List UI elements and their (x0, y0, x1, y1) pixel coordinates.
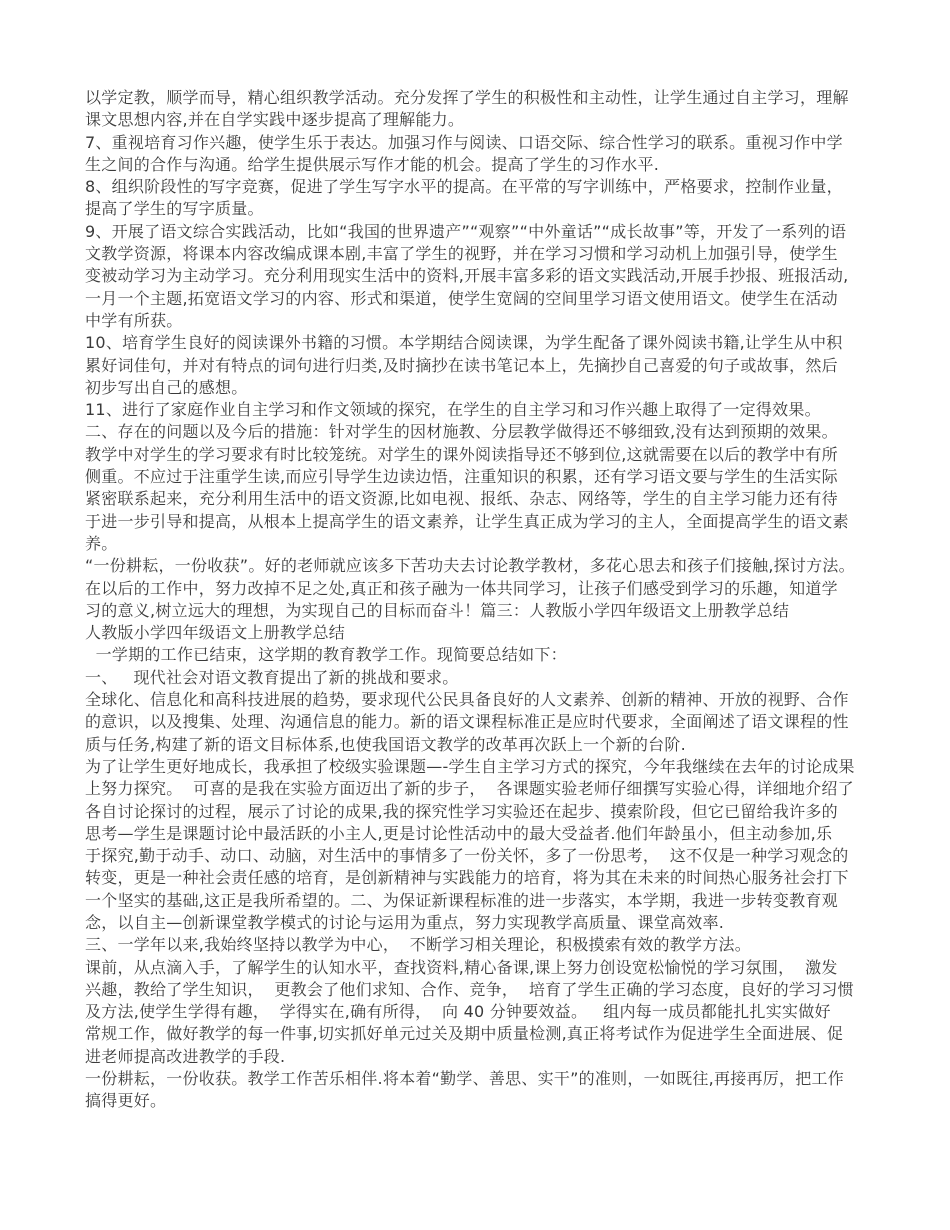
text-line: “一份耕耘，一份收获”。好的老师就应该多下苦功夫去讨论教学教材，多花心思去和孩子… (85, 555, 885, 577)
text-line: 课文思想内容,并在自学实践中逐步提高了理解能力。 (85, 109, 885, 131)
text-line: 念，以自主—创新课堂教学模式的讨论与运用为重点，努力实现教学高质量、课堂高效率. (85, 912, 885, 934)
text-line: 课前，从点滴入手，了解学生的认知水平，查找资料,精心备课,课上努力创设宽松愉悦的… (85, 957, 885, 979)
text-line: 一月一个主题,拓宽语文学习的内容、形式和渠道，使学生宽阔的空间里学习语文使用语文… (85, 288, 885, 310)
text-line: 教学中对学生的学习要求有时比较笼统。对学生的课外阅读指导还不够到位,这就需要在以… (85, 444, 885, 466)
text-line: 变被动学习为主动学习。充分利用现实生活中的资料,开展丰富多彩的语文实践活动,开展… (85, 265, 885, 287)
text-line: 紧密联系起来，充分利用生活中的语文资源,比如电视、报纸、杂志、网络等，学生的自主… (85, 488, 885, 510)
text-line: 兴趣，教给了学生知识， 更教会了他们求知、合作、竞争， 培育了学生正确的学习态度… (85, 979, 885, 1001)
text-line: 11、进行了家庭作业自主学习和作文领域的探究，在学生的自主学习和习作兴趣上取得了… (85, 399, 885, 421)
text-line: 文教学资源，将课本内容改编成课本剧,丰富了学生的视野，并在学习习惯和学习动机上加… (85, 243, 885, 265)
text-line: 提高了学生的写字质量。 (85, 198, 885, 220)
text-line: 为了让学生更好地成长，我承担了校级实验课题—-学生自主学习方式的探究，今年我继续… (85, 756, 885, 778)
text-line: 进老师提高改进教学的手段. (85, 1046, 885, 1068)
text-line: 质与任务,构建了新的语文目标体系,也使我国语文教学的改革再次跃上一个新的台阶. (85, 734, 885, 756)
text-line: 二、存在的问题以及今后的措施：针对学生的因材施教、分层教学做得还不够细致,没有达… (85, 421, 885, 443)
text-line: 侧重。不应过于注重学生读,而应引导学生边读边悟，注重知识的积累，还有学习语文要与… (85, 466, 885, 488)
text-line: 上努力探究。 可喜的是我在实验方面迈出了新的步子， 各课题实验老师仔细撰写实验心… (85, 778, 885, 800)
text-line: 常规工作，做好教学的每一件事,切实抓好单元过关及期中质量检测,真正将考试作为促进… (85, 1023, 885, 1045)
text-line: 以学定教，顺学而导，精心组织教学活动。充分发挥了学生的积极性和主动性，让学生通过… (85, 87, 885, 109)
text-line: 及方法,使学生学得有趣， 学得实在,确有所得， 向 40 分钟要效益。 组内每一… (85, 1001, 885, 1023)
text-line: 7、重视培育习作兴趣，使学生乐于表达。加强习作与阅读、口语交际、综合性学习的联系… (85, 132, 885, 154)
text-line: 9、开展了语文综合实践活动，比如“我国的世界遗产”“观察”“中外童话”“成长故事… (85, 221, 885, 243)
text-line: 三、一学年以来,我始终坚持以教学为中心， 不断学习相关理论，积极摸索有效的教学方… (85, 934, 885, 956)
text-line: 10、培育学生良好的阅读课外书籍的习惯。本学期结合阅读课，为学生配备了课外阅读书… (85, 332, 885, 354)
text-line: 于进一步引导和提高，从根本上提高学生的语文素养，让学生真正成为学习的主人，全面提… (85, 511, 885, 533)
text-line: 一个坚实的基础,这正是我所希望的。二、为保证新课程标准的进一步落实，本学期，我进… (85, 890, 885, 912)
document-text: 以学定教，顺学而导，精心组织教学活动。充分发挥了学生的积极性和主动性，让学生通过… (85, 87, 885, 1113)
text-line: 于探究,勤于动手、动口、动脑，对生活中的事情多了一份关怀，多了一份思考， 这不仅… (85, 845, 885, 867)
text-line: 搞得更好。 (85, 1090, 885, 1112)
text-line: 全球化、信息化和高科技进展的趋势，要求现代公民具备良好的人文素养、创新的精神、开… (85, 689, 885, 711)
text-line: 在以后的工作中，努力改掉不足之处,真正和孩子融为一体共同学习，让孩子们感受到学习… (85, 578, 885, 600)
text-line: 养。 (85, 533, 885, 555)
text-line: 各自讨论探讨的过程，展示了讨论的成果,我的探究性学习实验还在起步、摸索阶段，但它… (85, 801, 885, 823)
text-line: 8、组织阶段性的写字竞赛，促进了学生写字水平的提高。在平常的写字训练中，严格要求… (85, 176, 885, 198)
text-line: 习的意义,树立远大的理想，为实现自己的目标而奋斗！篇三：人教版小学四年级语文上册… (85, 600, 885, 622)
text-line: 中学有所获。 (85, 310, 885, 332)
text-line: 一份耕耘，一份收获。教学工作苦乐相伴.将本着“勤学、善思、实干”的准则，一如既往… (85, 1068, 885, 1090)
text-line: 一学期的工作已结束，这学期的教育教学工作。现简要总结如下： (85, 644, 885, 666)
text-line: 初步写出自己的感想。 (85, 377, 885, 399)
text-line: 转变，更是一种社会责任感的培育，是创新精神与实践能力的培育，将为其在未来的时间热… (85, 867, 885, 889)
text-line: 的意识，以及搜集、处理、沟通信息的能力。新的语文课程标准正是应时代要求，全面阐述… (85, 711, 885, 733)
text-line: 生之间的合作与沟通。给学生提供展示写作才能的机会。提高了学生的习作水平. (85, 154, 885, 176)
text-line: 累好词佳句，并对有特点的词句进行归类,及时摘抄在读书笔记本上，先摘抄自己喜爱的句… (85, 355, 885, 377)
text-line: 一、 现代社会对语文教育提出了新的挑战和要求。 (85, 667, 885, 689)
text-line: 思考—学生是课题讨论中最活跃的小主人,更是讨论性活动中的最大受益者.他们年龄虽小… (85, 823, 885, 845)
text-line: 人教版小学四年级语文上册教学总结 (85, 622, 885, 644)
